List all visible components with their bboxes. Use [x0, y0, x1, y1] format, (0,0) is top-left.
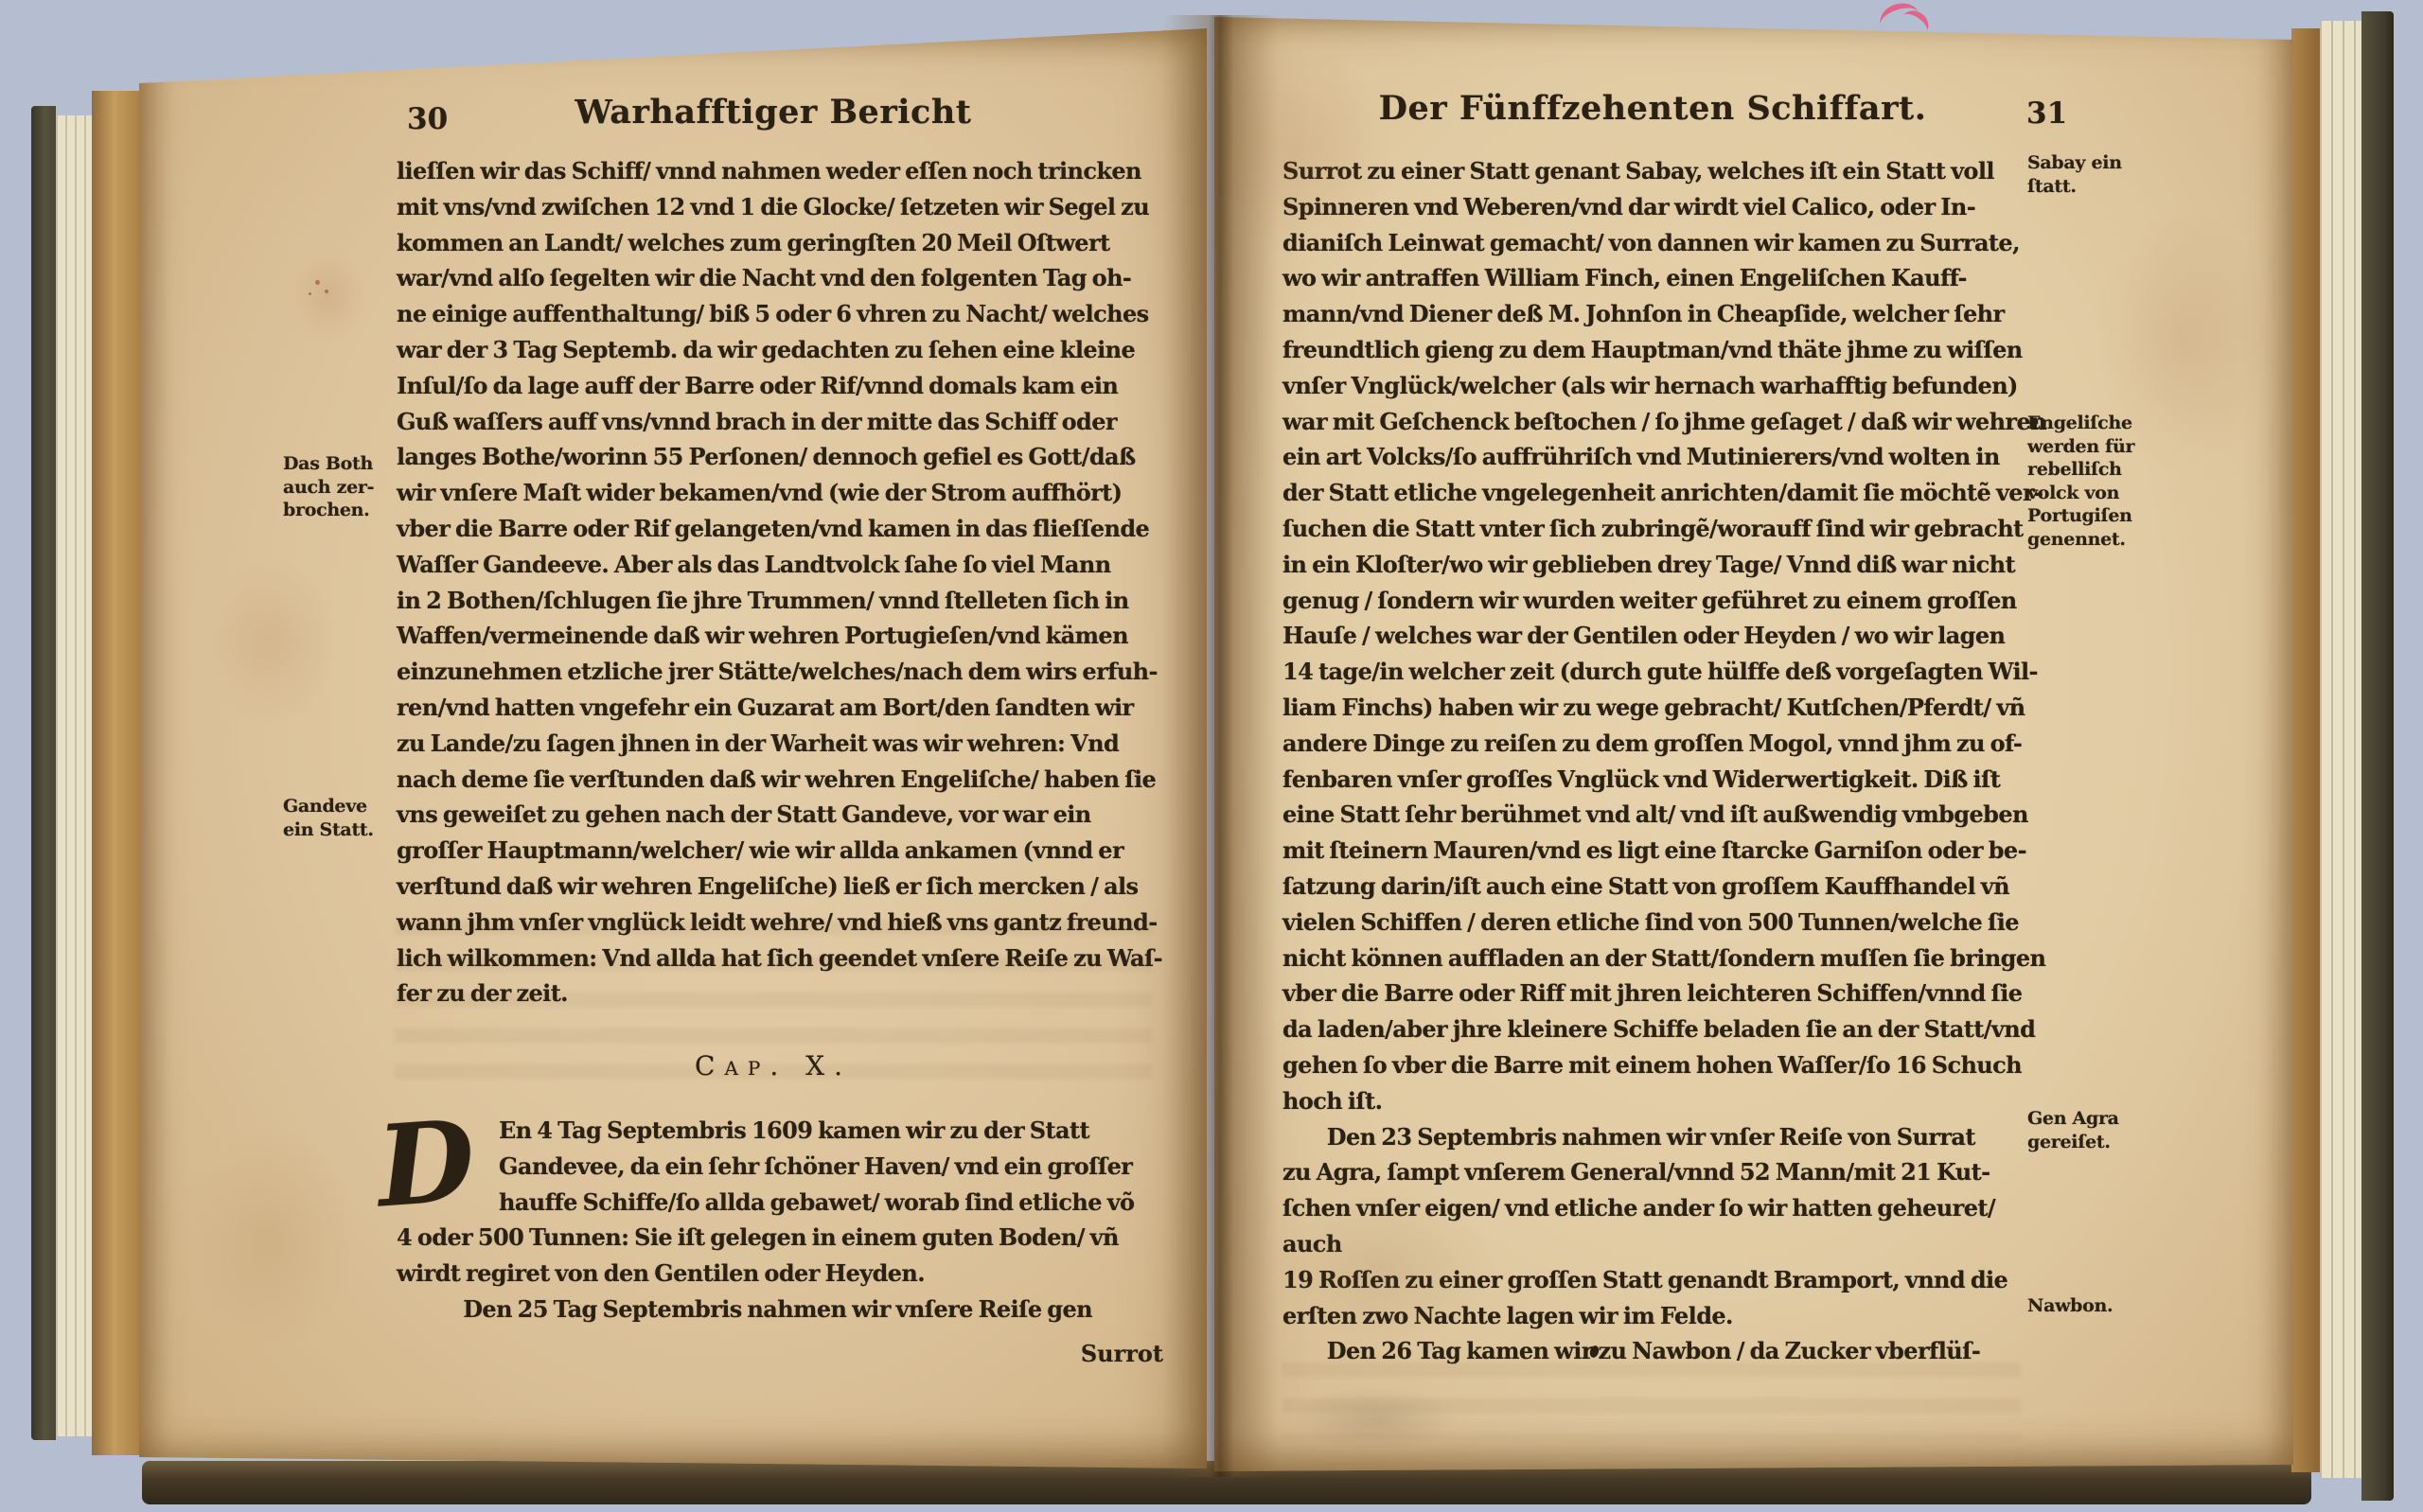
chapter-heading-cap-x: Cap. X. — [395, 1050, 1152, 1081]
body-text-page-31: Surrot zu einer Statt genant Sabay, welc… — [1282, 153, 2051, 1369]
margin-note-gandeve: Gandeve ein Statt. — [283, 795, 406, 841]
foxing-stain — [291, 249, 366, 343]
margin-note-both-zerbrochen: Das Both auch zer- brochen. — [283, 452, 406, 522]
catchword-surrot: Surrot — [868, 1340, 1163, 1367]
gray-stain — [1290, 1386, 1460, 1452]
page-number-right: 31 — [2026, 97, 2067, 131]
left-page-block-edge — [56, 115, 92, 1436]
dropcap-initial-d: D — [375, 1114, 478, 1215]
dropcap-paragraph-lines: En 4 Tag Septembris 1609 kamen wir zu de… — [499, 1113, 1166, 1220]
body-text-page-30: lieſſen wir das Schiff/ vnnd nahmen wede… — [397, 153, 1165, 1011]
red-speck — [325, 290, 328, 293]
paragraph-continuation-lines: 4 oder 500 Tunnen: Sie iſt gelegen in ei… — [397, 1220, 1165, 1327]
margin-note-nawbon: Nawbon. — [2027, 1294, 2150, 1318]
right-page-curl-edge — [2291, 28, 2320, 1472]
page-31: Der Fünffzehenten Schiffart. 31 Surrot z… — [1214, 9, 2293, 1471]
ink-bleedthrough — [1282, 1363, 2021, 1438]
margin-note-gen-agra: Gen Agra gereiſet. — [2027, 1107, 2150, 1153]
right-cover-board — [2361, 11, 2394, 1501]
photo-of-open-book: 30 Warhafftiger Bericht lieſſen wir das … — [0, 0, 2423, 1512]
left-cover-board — [31, 106, 56, 1440]
red-speck — [309, 292, 311, 295]
margin-note-sabay: Sabay ein ſtatt. — [2027, 151, 2150, 198]
running-title-right: Der Fünffzehenten Schiffart. — [1282, 89, 2023, 128]
foxing-stain — [186, 1124, 357, 1351]
red-speck — [315, 280, 320, 285]
page-30: 30 Warhafftiger Bericht lieſſen wir das … — [139, 26, 1207, 1468]
right-page-block-edge — [2320, 21, 2361, 1478]
running-title-left: Warhafftiger Bericht — [395, 93, 1152, 132]
margin-note-engelische-rebellisch: Engeliſche werden für rebelliſch volck v… — [2027, 412, 2150, 551]
foxing-stain — [205, 556, 338, 727]
left-page-curl-edge — [92, 91, 141, 1455]
